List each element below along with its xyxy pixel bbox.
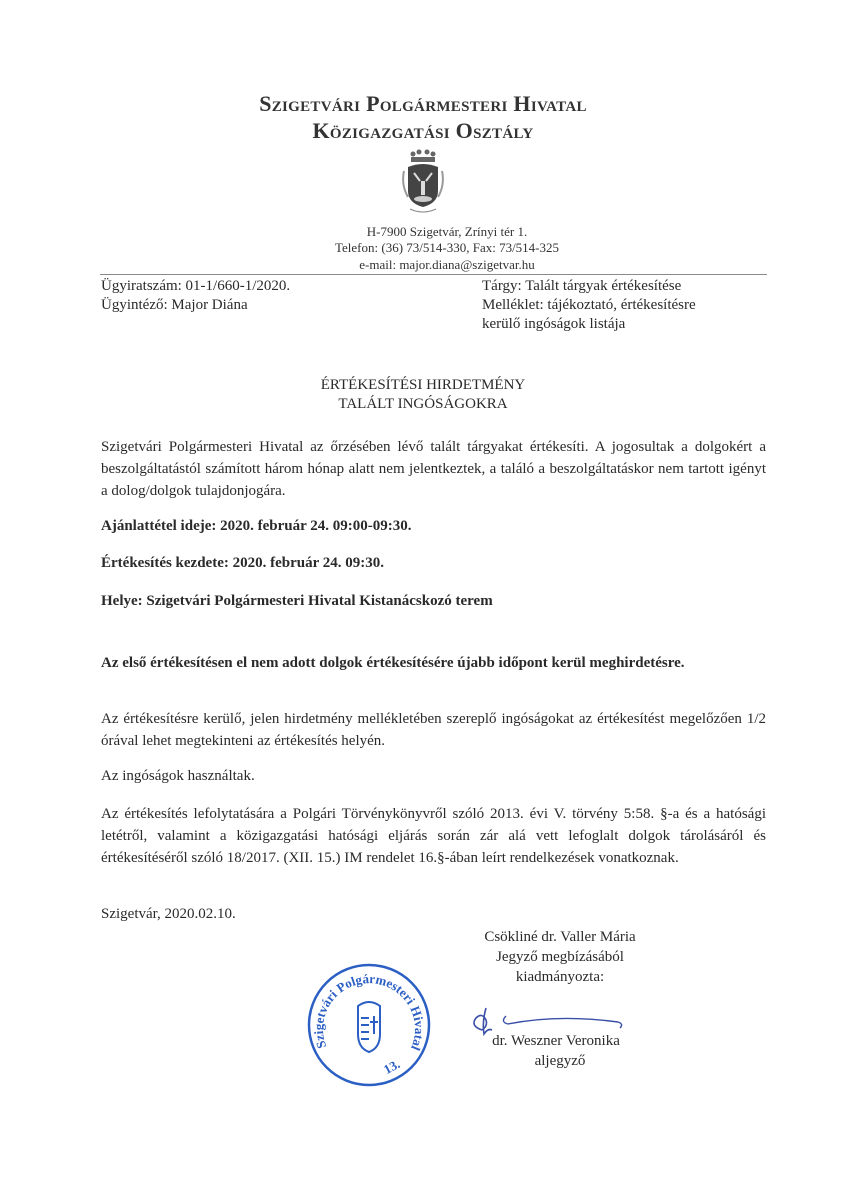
department-name: Közigazgatási Osztály (0, 118, 846, 144)
signer-name: Csökliné dr. Valler Mária (440, 927, 680, 947)
org-name: Szigetvári Polgármesteri Hivatal (0, 91, 846, 117)
document-page: Szigetvári Polgármesteri Hivatal Közigaz… (0, 0, 846, 1200)
subject: Tárgy: Talált tárgyak értékesítése (482, 277, 681, 296)
address: H-7900 Szigetvár, Zrínyi tér 1. (24, 224, 846, 240)
sale-start: Értékesítés kezdete: 2020. február 24. 0… (101, 552, 766, 574)
issued-by: kiadmányozta: (440, 967, 680, 987)
svg-text:Szigetvári Polgármesteri Hivat: Szigetvári Polgármesteri Hivatal (311, 971, 427, 1053)
case-number: Ügyiratszám: 01-1/660-1/2020. (101, 277, 290, 296)
deputy-name: dr. Weszner Veronika (436, 1031, 676, 1051)
signer-role: Jegyző megbízásából (440, 947, 680, 967)
administrator: Ügyintéző: Major Diána (101, 296, 248, 315)
svg-text:13.: 13. (381, 1056, 402, 1077)
document-title: ÉRTÉKESÍTÉSI HIRDETMÉNY (0, 376, 846, 395)
place-date: Szigetvár, 2020.02.10. (101, 906, 236, 923)
condition-paragraph: Az ingóságok használtak. (101, 765, 766, 787)
deputy-title: aljegyző (440, 1051, 680, 1071)
sale-location: Helye: Szigetvári Polgármesteri Hivatal … (101, 590, 766, 612)
attachment-line2: kerülő ingóságok listája (482, 315, 625, 334)
email: e-mail: major.diana@szigetvar.hu (24, 257, 846, 273)
header-divider (100, 274, 767, 275)
intro-paragraph: Szigetvári Polgármesteri Hivatal az őrzé… (101, 436, 766, 502)
document-subtitle: TALÁLT INGÓSÁGOKRA (0, 395, 846, 414)
official-round-stamp-icon: Szigetvári Polgármesteri Hivatal 13. (306, 962, 432, 1088)
attachment-line1: Melléklet: tájékoztató, értékesítésre (482, 296, 696, 315)
phone-fax: Telefon: (36) 73/514-330, Fax: 73/514-32… (24, 240, 846, 256)
viewing-paragraph: Az értékesítésre kerülő, jelen hirdetmén… (101, 708, 766, 752)
legal-basis-paragraph: Az értékesítés lefolytatására a Polgári … (101, 803, 766, 869)
bid-time: Ajánlattétel ideje: 2020. február 24. 09… (101, 515, 766, 537)
szigetvar-coat-of-arms-icon (398, 147, 448, 217)
unsold-notice: Az első értékesítésen el nem adott dolgo… (101, 652, 766, 674)
